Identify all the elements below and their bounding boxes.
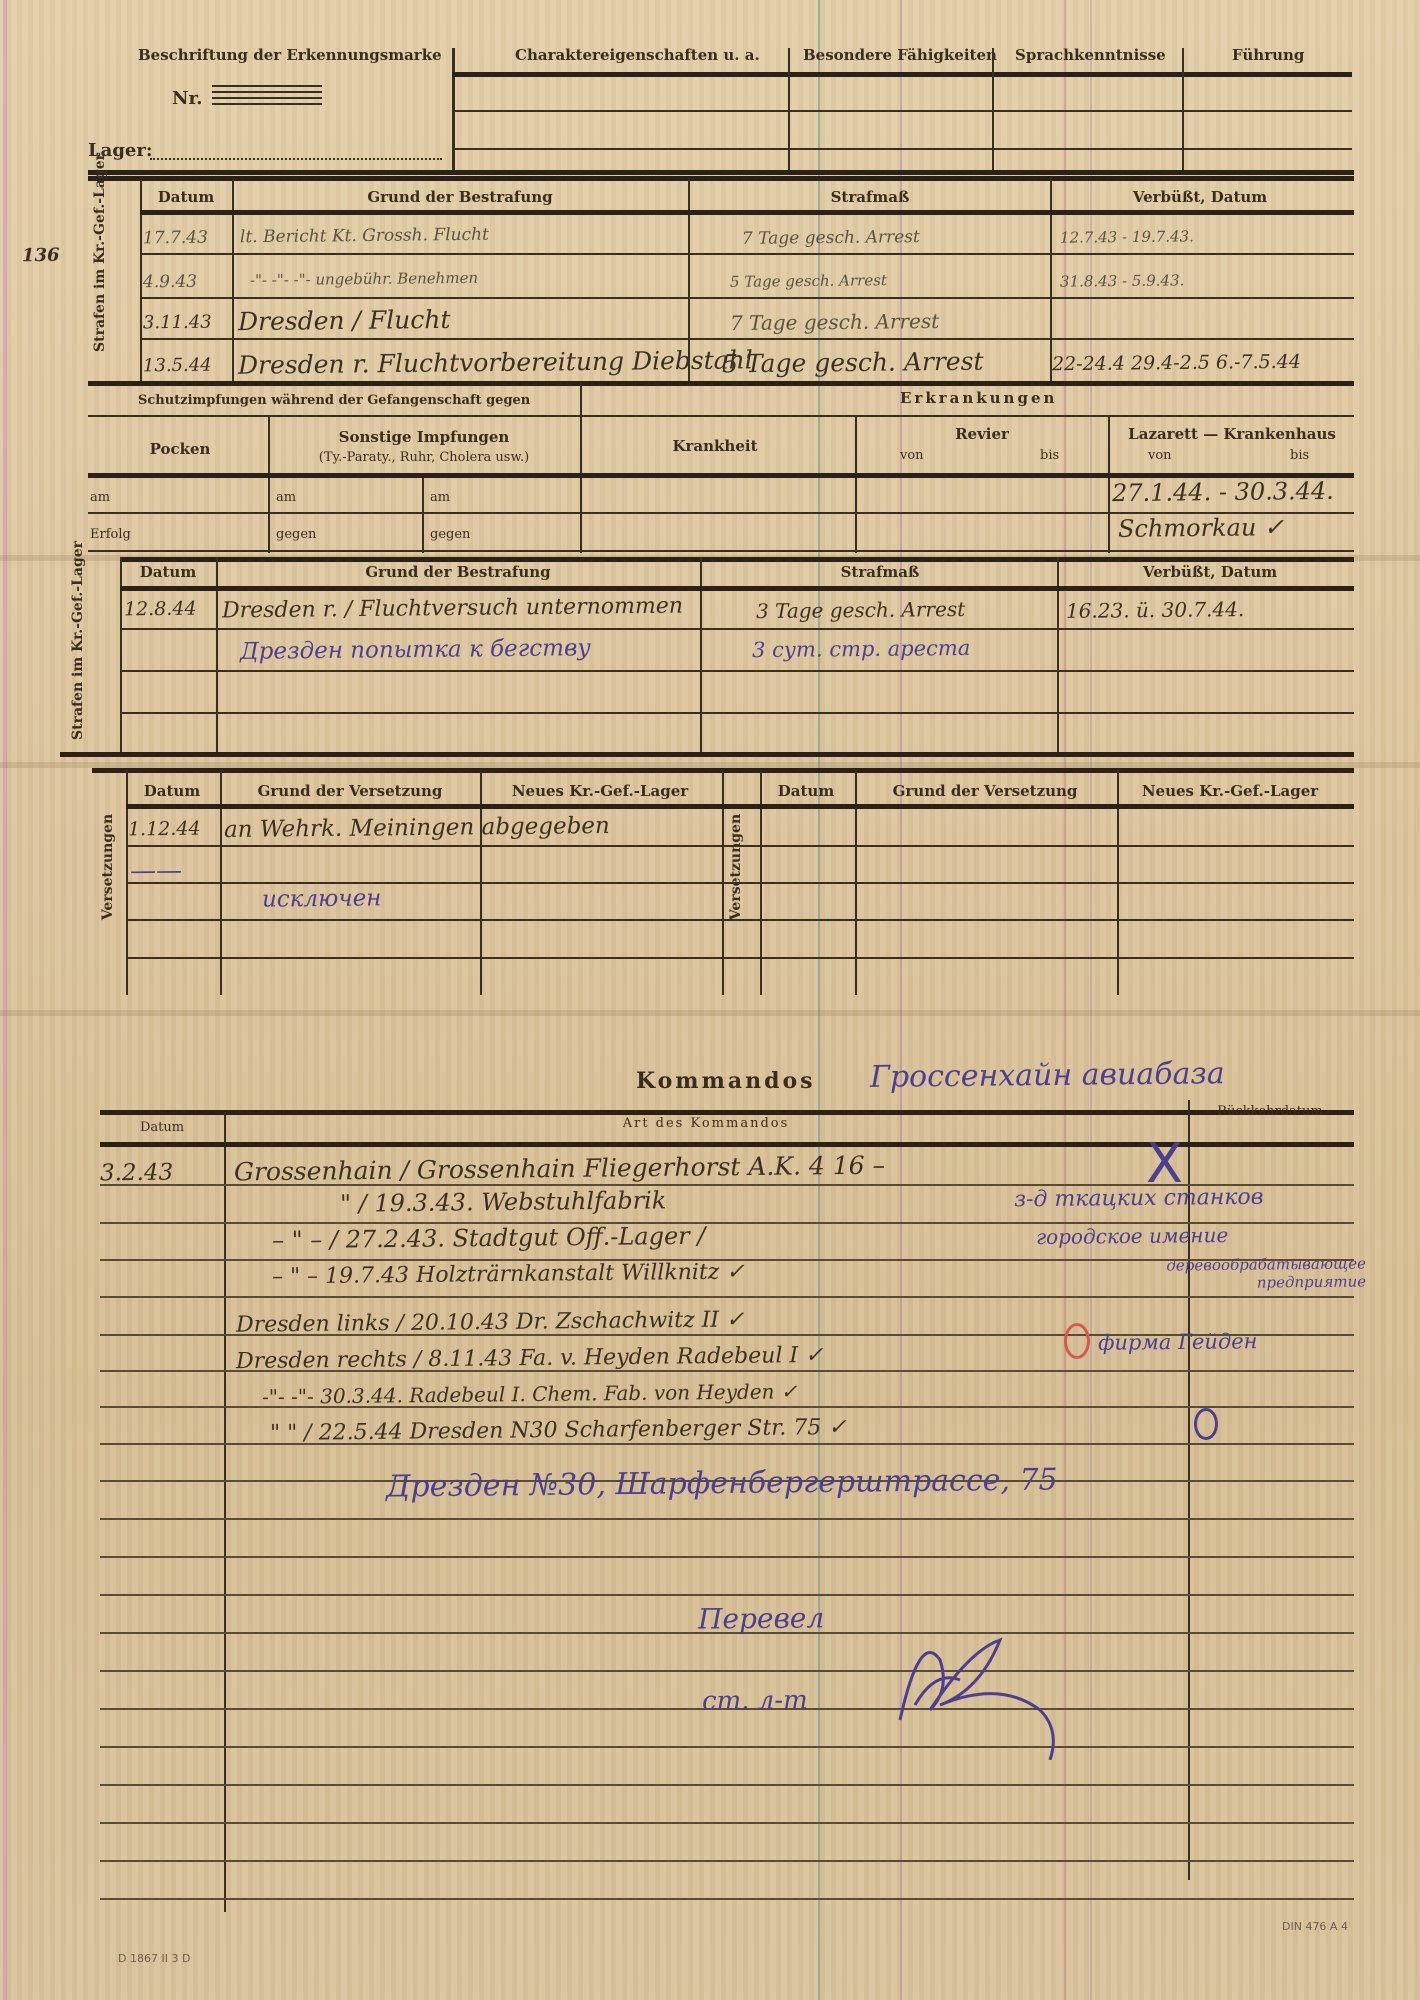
kommandos-title-note: Гроссенхайн авиабаза [870,1056,1225,1095]
col-datum-left: Datum [144,782,200,800]
row-grund: Дрезден попытка к бегству [240,635,591,665]
row-art: Дрезден №30, Шарфенбергерштрассе, 75 [386,1462,1058,1504]
rule [100,1296,1354,1298]
signature-scrawl-icon [880,1610,1080,1760]
row-grund: исключен [262,885,382,912]
sonstige-gegen-1: gegen [276,527,316,542]
row-art: Dresden links / 20.10.43 Dr. Zschachwitz… [236,1307,745,1337]
rule [120,557,1354,562]
rule [100,1670,1354,1672]
col-verbuesst: Verbüßt, Datum [1133,188,1267,206]
row-datum: 4.9.43 [143,272,197,293]
rule [120,586,1354,591]
col-datum: Datum [140,563,196,581]
col-lager-left: Neues Kr.-Gef.-Lager [512,782,688,800]
scan-artifact-line [3,0,7,2000]
row-grund: -"- -"- -"- ungebühr. Benehmen [250,269,478,289]
rule [100,1518,1354,1520]
divider [1050,178,1052,383]
rule [60,752,1354,757]
strafen-side-label: Strafen im Kr.-Gef.-Lager [92,182,108,352]
row-datum: 3.2.43 [100,1160,173,1187]
impfungen-title: Schutzimpfungen während der Gefangenscha… [138,393,530,408]
divider [452,48,455,170]
divider [992,48,994,170]
col-datum: Datum [140,1120,184,1135]
lazarett-place: Schmorkau ✓ [1118,513,1284,543]
pocken-erfolg: Erfolg [90,527,131,542]
row-datum: 13.5.44 [143,355,212,377]
row-datum: 1.12.44 [128,818,201,841]
rule [100,1860,1354,1862]
row-grund: Dresden r. Fluchtvorbereitung Diebstahl [238,345,753,379]
footer-right-code: DIN 476 A 4 [1282,1920,1348,1933]
scan-artifact-line [818,0,820,2000]
divider [1188,1100,1190,1880]
row-strafmass: 7 Tage gesch. Arrest [730,309,939,335]
col-strafmass: Strafmaß [831,188,910,206]
sonstige-sub: (Ty.-Paraty., Ruhr, Cholera usw.) [319,450,530,465]
row-verbuesst: 31.8.43 - 5.9.43. [1060,271,1185,290]
rule [452,72,1352,77]
row-strafmass: 3 Tage gesch. Arrest [756,597,965,623]
margin-note: 136 [22,245,60,266]
rule [140,210,1354,215]
divider [268,415,270,553]
row-strafmass: 7 Tage gesch. Arrest [742,227,920,249]
divider [1108,415,1110,553]
row-datum: 3.11.43 [143,312,212,334]
rule [100,1822,1354,1824]
rule [88,550,1354,552]
lager-field [150,158,442,160]
rule [100,1556,1354,1558]
lazarett-bis: bis [1290,448,1309,463]
sonstige-am-2: am [430,490,450,505]
lazarett-label: Lazarett — Krankenhaus [1128,425,1336,443]
document-page: Beschriftung der Erkennungsmarke Nr. Lag… [0,0,1420,2000]
erkennungsmarke-label: Beschriftung der Erkennungsmarke [138,46,442,64]
col-datum: Datum [158,188,214,206]
col-grund-left: Grund der Versetzung [258,782,443,800]
row-note: деревообрабатывающее предприятие [1066,1254,1366,1293]
rule [88,176,1354,181]
pocken-am: am [90,490,110,505]
divider [788,48,790,170]
row-verbuesst: 22-24.4 29.4-2.5 6.-7.5.44 [1052,351,1301,376]
col-grund-right: Grund der Versetzung [893,782,1078,800]
col-rueckkehr: Rückkehrdatum [1217,1104,1322,1119]
rule [100,1594,1354,1596]
footer-left-code: D 1867 II 3 D [118,1952,190,1965]
rule [126,957,1354,959]
rule [120,670,1354,672]
divider [422,475,424,553]
row-grund: an Wehrk. Meiningen abgegeben [224,813,610,843]
rule [126,804,1354,809]
row-art: Grossenhain / Grossenhain Fliegerhorst A… [234,1151,885,1187]
row-strafmass: 3 сут. стр. ареста [752,636,971,662]
rule [100,1898,1354,1900]
divider [1182,48,1184,170]
charakter-label: Charaktereigenschaften u. a. [515,46,760,64]
sonstige-am-1: am [276,490,296,505]
col-datum-right: Datum [778,782,834,800]
paper-fold [0,1010,1420,1016]
signature-title: Перевел [698,1601,825,1635]
rule [140,297,1354,299]
rule [140,253,1354,255]
row-art: " / 19.3.43. Webstuhlfabrik [340,1186,667,1217]
row-datum: —— [130,856,182,887]
rule [140,338,1354,340]
faehigkeiten-label: Besondere Fähigkeiten [803,46,997,64]
col-grund: Grund der Bestrafung [365,563,550,581]
scan-artifact-line [1090,0,1092,2000]
rule [120,628,1354,630]
signature-rank: ст. л-т [702,1685,808,1716]
divider [232,178,234,383]
revier-label: Revier [955,425,1009,443]
rule [88,381,1354,386]
row-art: – " – 19.7.43 Holzträrnkanstalt Willknit… [272,1260,745,1290]
col-verbuesst: Verbüßt, Datum [1143,563,1277,581]
rule [452,110,1352,112]
strafen-side-label: Strafen im Kr.-Gef.-Lager [70,570,86,740]
row-verbuesst: 16.23. ü. 30.7.44. [1066,597,1245,623]
divider [580,383,582,553]
col-lager-right: Neues Kr.-Gef.-Lager [1142,782,1318,800]
rule [100,1110,1354,1115]
rule [126,845,1354,847]
lazarett-von: von [1148,448,1172,463]
row-strafmass: 5 Tage gesch. Arrest [730,271,887,291]
divider [224,1112,226,1912]
row-datum: 17.7.43 [143,228,208,249]
sprachkenntnisse-label: Sprachkenntnisse [1015,46,1166,64]
col-strafmass: Strafmaß [841,563,920,581]
sonstige-label: Sonstige Impfungen [339,428,510,446]
row-grund: Dresden r. / Fluchtversuch unternommen [222,594,683,624]
row-verbuesst: 12.7.43 - 19.7.43. [1060,227,1194,246]
rule [88,415,1354,417]
rule [100,1746,1354,1748]
rule [120,712,1354,714]
col-art: Art des Kommandos [623,1116,790,1131]
kommandos-title: Kommandos [636,1068,816,1094]
row-grund: Dresden / Flucht [238,305,451,336]
ink-circle-mark [1194,1408,1218,1440]
revier-von: von [900,448,924,463]
rule [88,170,1354,175]
revier-bis: bis [1040,448,1059,463]
rule [126,882,1354,884]
erkrankungen-title: Erkrankungen [900,389,1057,407]
row-note: з-д ткацких станков [1014,1185,1264,1213]
row-grund: lt. Bericht Kt. Grossh. Flucht [240,225,489,248]
nr-field-lines [212,85,322,109]
pocken-label: Pocken [150,440,211,458]
row-art: – " – / 27.2.43. Stadtgut Off.-Lager / [272,1222,706,1255]
rule [452,148,1352,150]
lazarett-entry: 27.1.44. - 30.3.44. [1112,477,1334,507]
nr-label: Nr. [172,88,203,109]
rule [100,1784,1354,1786]
versetzungen-side-label-left: Versetzungen [100,792,116,942]
fuehrung-label: Führung [1232,46,1304,64]
col-grund: Grund der Bestrafung [367,188,552,206]
row-note: фирма Гейден [1098,1329,1258,1355]
rule [88,473,1354,478]
row-datum: 12.8.44 [124,598,197,621]
divider [855,415,857,553]
row-strafmass: 5 Tage gesch. Arrest [722,347,984,379]
rule [126,919,1354,921]
red-circle-mark [1064,1323,1090,1359]
row-note: городское имение [1036,1223,1228,1249]
sonstige-gegen-2: gegen [430,527,470,542]
krankheit-label: Krankheit [672,437,757,455]
row-art: -"- -"- 30.3.44. Radebeul I. Chem. Fab. … [262,1379,798,1409]
divider [140,178,142,383]
row-art: " " / 22.5.44 Dresden N30 Scharfenberger… [270,1415,847,1446]
